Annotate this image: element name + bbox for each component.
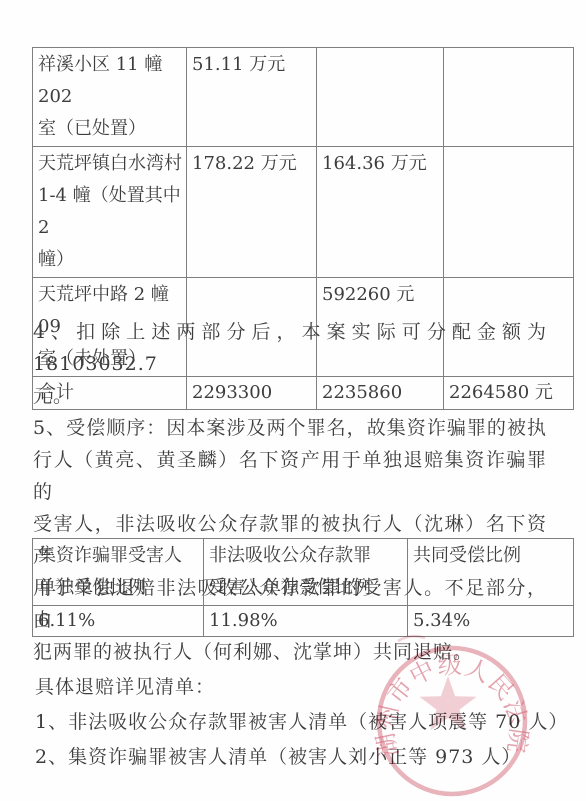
list-section: 具体退赔详见清单： 1、非法吸收公众存款罪被害人清单（被害人项震等 70 人） …	[35, 670, 565, 775]
list-title: 具体退赔详见清单：	[35, 670, 565, 705]
table-cell	[444, 48, 574, 147]
table-cell: 164.36 万元	[317, 147, 444, 278]
paragraph-4-line: 元。	[33, 380, 547, 412]
paragraph-5-line: 受害人，非法吸收公众存款罪的被执行人（沈琳）名下资产	[33, 508, 547, 572]
document-page: 祥溪小区 11 幢 202 室（已处置） 51.11 万元 天荒坪镇白水湾村 1…	[0, 0, 586, 801]
list-item-2: 2、集资诈骗罪被害人清单（被害人刘小正等 973 人）	[35, 740, 565, 775]
table-row: 祥溪小区 11 幢 202 室（已处置） 51.11 万元	[33, 48, 574, 147]
paragraph-5-line: 犯两罪的被执行人（何利娜、沈掌坤）共同退赔。	[33, 636, 547, 668]
table-row: 天荒坪镇白水湾村 1-4 幢（处置其中 2 幢） 178.22 万元 164.3…	[33, 147, 574, 278]
paragraph-5-line: 行人（黄亮、黄圣麟）名下资产用于单独退赔集资诈骗罪的	[33, 444, 547, 508]
table-cell: 51.11 万元	[187, 48, 317, 147]
table-cell: 178.22 万元	[187, 147, 317, 278]
table-cell	[444, 147, 574, 278]
list-item-1: 1、非法吸收公众存款罪被害人清单（被害人项震等 70 人）	[35, 705, 565, 740]
paragraph-5-line: 5、受偿顺序：因本案涉及两个罪名，故集资诈骗罪的被执	[33, 412, 547, 444]
body-text: 4、扣除上述两部分后，本案实际可分配金额为 18103032.7 元。 5、受偿…	[33, 316, 547, 668]
paragraph-5-line: 用于单独退赔非法吸收公众存款罪的受害人。不足部分，由	[33, 572, 547, 636]
paragraph-4-line: 4、扣除上述两部分后，本案实际可分配金额为 18103032.7	[33, 316, 547, 380]
table-cell: 天荒坪镇白水湾村 1-4 幢（处置其中 2 幢）	[33, 147, 187, 278]
table-cell	[317, 48, 444, 147]
table-cell: 祥溪小区 11 幢 202 室（已处置）	[33, 48, 187, 147]
